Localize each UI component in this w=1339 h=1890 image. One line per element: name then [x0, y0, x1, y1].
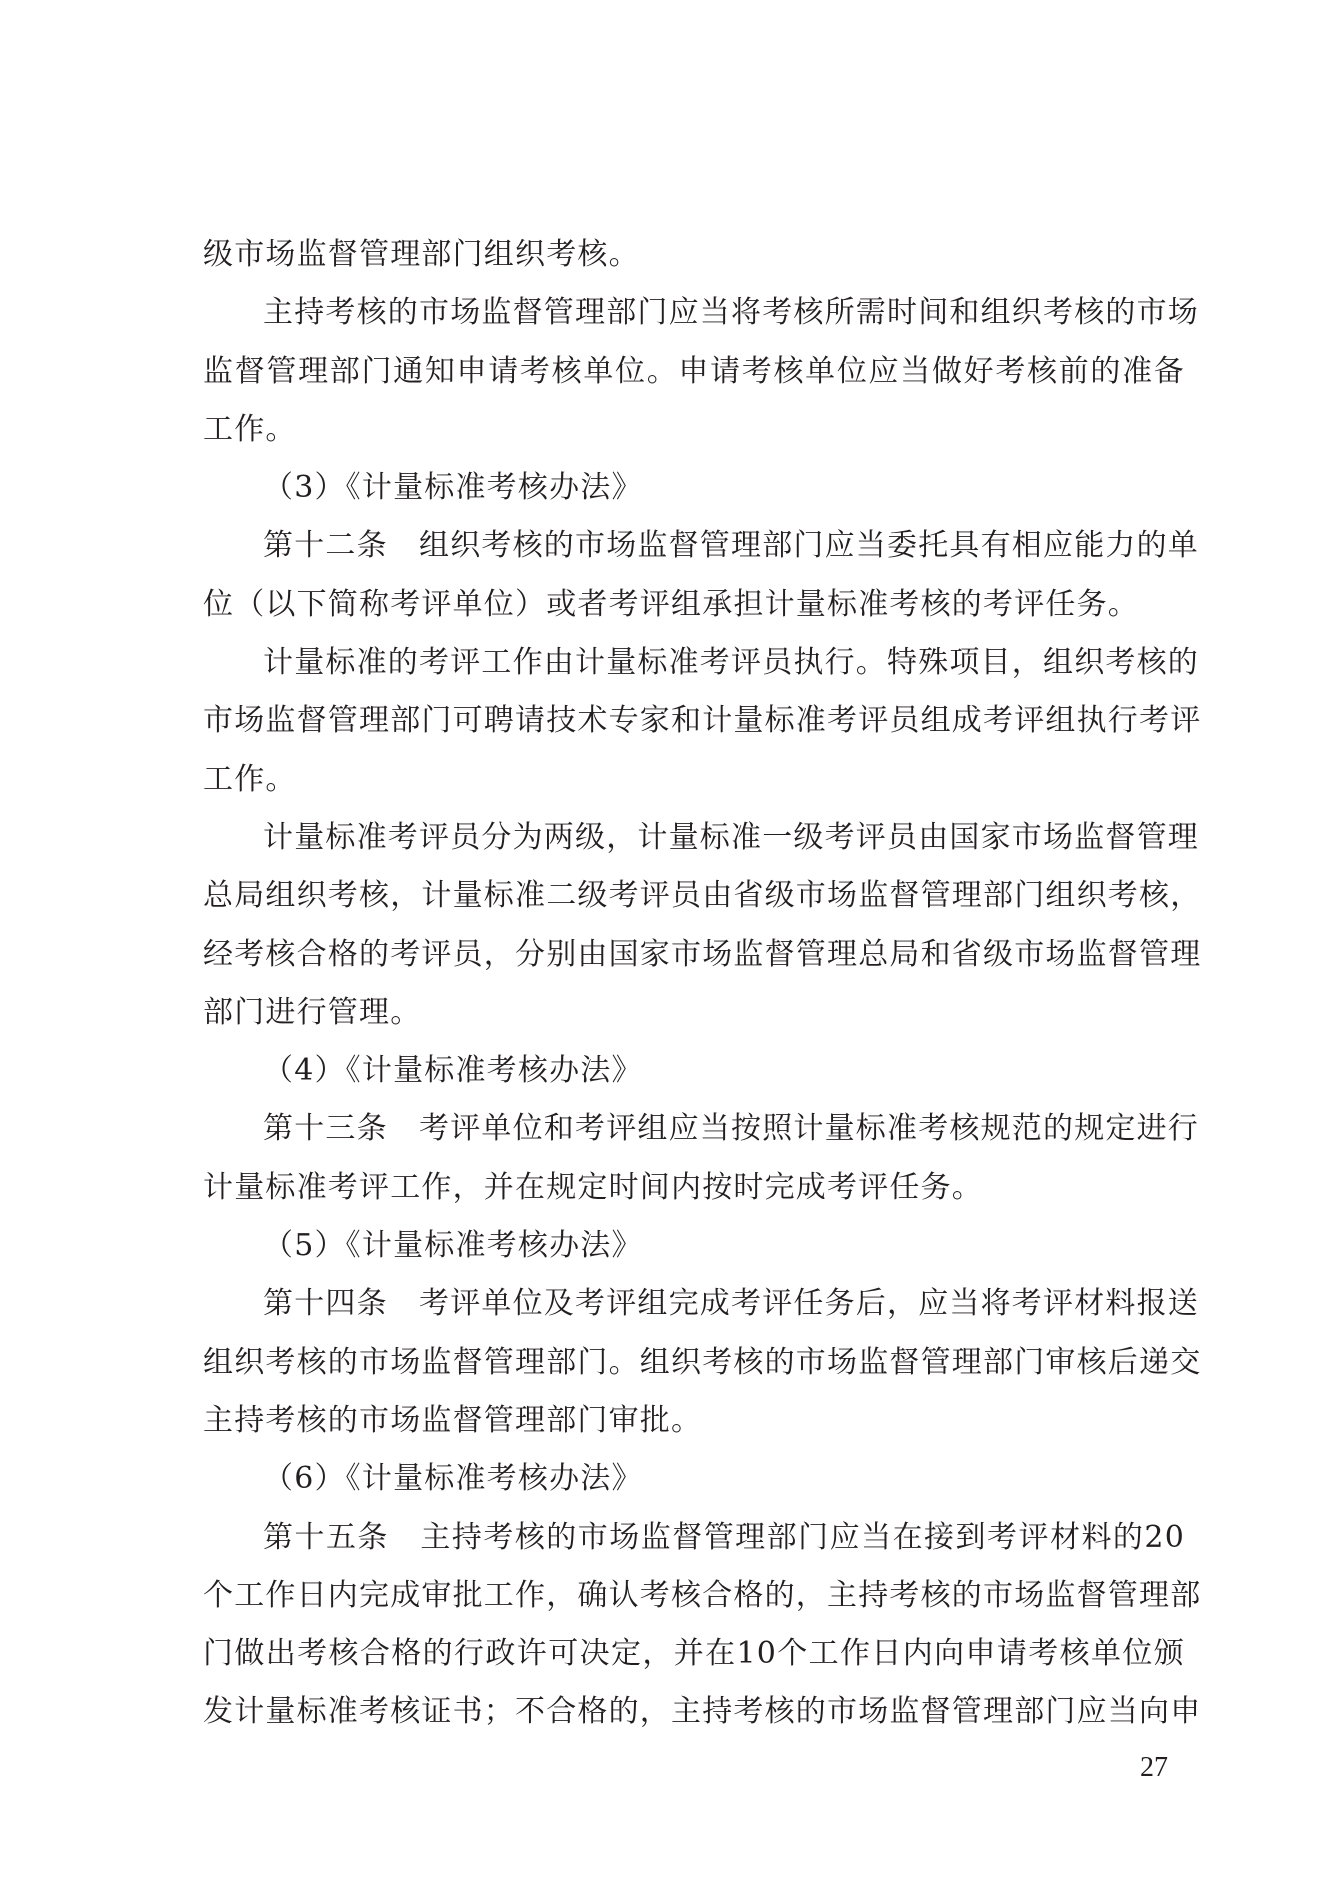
article-15-line-2: 个工作日内完成审批工作，确认考核合格的，主持考核的市场监督管理部 [203, 1567, 1185, 1625]
section-heading-3: （3）《计量标准考核办法》 [203, 459, 1185, 517]
text-line-12: 总局组织考核，计量标准二级考评员由省级市场监督管理部门组织考核， [203, 867, 1185, 925]
article-12-line-2: 位（以下简称考评单位）或者考评组承担计量标准考核的考评任务。 [203, 576, 1185, 634]
text-line-2: 主持考核的市场监督管理部门应当将考核所需时间和组织考核的市场 [203, 284, 1185, 342]
text-line-14: 部门进行管理。 [203, 984, 1185, 1042]
text-line-13: 经考核合格的考评员，分别由国家市场监督管理总局和省级市场监督管理 [203, 926, 1185, 984]
text-line-3: 监督管理部门通知申请考核单位。申请考核单位应当做好考核前的准备 [203, 343, 1185, 401]
text-line-10: 工作。 [203, 751, 1185, 809]
article-14-line-3: 主持考核的市场监督管理部门审批。 [203, 1392, 1185, 1450]
section-heading-6: （6）《计量标准考核办法》 [203, 1450, 1185, 1508]
article-15-line-1: 第十五条 主持考核的市场监督管理部门应当在接到考评材料的20 [203, 1509, 1185, 1567]
article-14-line-2: 组织考核的市场监督管理部门。组织考核的市场监督管理部门审核后递交 [203, 1334, 1185, 1392]
text-line-8: 计量标准的考评工作由计量标准考评员执行。特殊项目，组织考核的 [203, 634, 1185, 692]
document-page-body: 级市场监督管理部门组织考核。 主持考核的市场监督管理部门应当将考核所需时间和组织… [203, 226, 1185, 1742]
section-heading-4: （4）《计量标准考核办法》 [203, 1042, 1185, 1100]
article-15-line-3: 门做出考核合格的行政许可决定，并在10个工作日内向申请考核单位颁 [203, 1625, 1185, 1683]
article-14-line-1: 第十四条 考评单位及考评组完成考评任务后，应当将考评材料报送 [203, 1275, 1185, 1333]
text-line-11: 计量标准考评员分为两级，计量标准一级考评员由国家市场监督管理 [203, 809, 1185, 867]
article-13-line-2: 计量标准考评工作，并在规定时间内按时完成考评任务。 [203, 1159, 1185, 1217]
article-15-line-4: 发计量标准考核证书；不合格的，主持考核的市场监督管理部门应当向申 [203, 1683, 1185, 1741]
text-line-4: 工作。 [203, 401, 1185, 459]
article-13-line-1: 第十三条 考评单位和考评组应当按照计量标准考核规范的规定进行 [203, 1100, 1185, 1158]
text-line-9: 市场监督管理部门可聘请技术专家和计量标准考评员组成考评组执行考评 [203, 692, 1185, 750]
article-12-line-1: 第十二条 组织考核的市场监督管理部门应当委托具有相应能力的单 [203, 517, 1185, 575]
text-line-1: 级市场监督管理部门组织考核。 [203, 226, 1185, 284]
section-heading-5: （5）《计量标准考核办法》 [203, 1217, 1185, 1275]
page-number: 27 [1140, 1752, 1168, 1784]
